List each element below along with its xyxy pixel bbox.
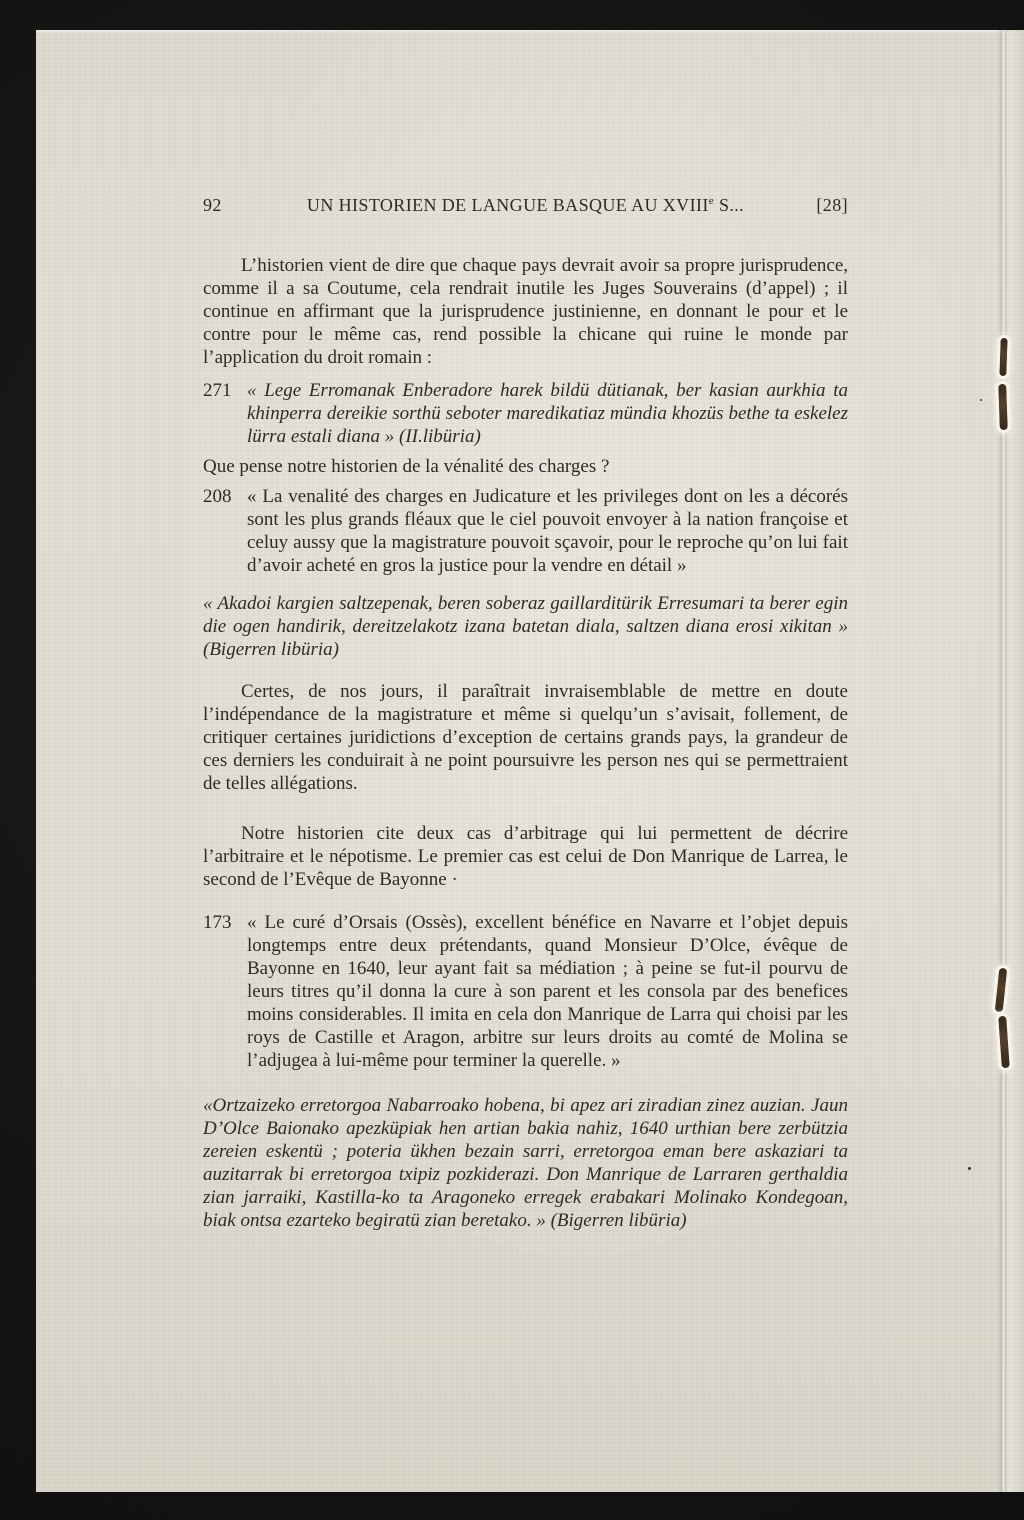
quote-208-text: « La venalité des charges en Judicature … — [247, 486, 848, 576]
quote-208: 208 « La venalité des charges en Judicat… — [203, 485, 848, 577]
quote-akadoi: « Akadoi kargien saltzepenak, beren sobe… — [203, 592, 848, 661]
binding-stitch — [999, 338, 1007, 376]
text-block: 92 UN HISTORIEN DE LANGUE BASQUE AU XVII… — [203, 194, 848, 1232]
running-title: UN HISTORIEN DE LANGUE BASQUE AU XVIIIe … — [203, 194, 848, 217]
paragraph-certes: Certes, de nos jours, il paraîtrait invr… — [203, 680, 848, 795]
quote-208-number: 208 — [203, 485, 232, 508]
page-header: 92 UN HISTORIEN DE LANGUE BASQUE AU XVII… — [203, 194, 848, 217]
quote-173-number: 173 — [203, 911, 232, 934]
paper-speck — [980, 399, 982, 401]
quote-ortzaizeko: «Ortzaizeko erretorgoa Nabarroako hobena… — [203, 1094, 848, 1232]
quote-173: 173 « Le curé d’Orsais (Ossès), excellen… — [203, 911, 848, 1072]
binding-stitch — [998, 384, 1008, 430]
gutter-fold — [998, 30, 1008, 1492]
paragraph-intro: L’historien vient de dire que chaque pay… — [203, 254, 848, 369]
page-edge-stack — [36, 30, 62, 1492]
facing-page-sliver — [1006, 30, 1024, 1492]
page-body: L’historien vient de dire que chaque pay… — [203, 254, 848, 1232]
quote-271-text: « Lege Erromanak Enberadore harek bildü … — [247, 380, 848, 447]
scanned-book-photo: { "colors":{"paper":"#e0dcd1","backgroun… — [0, 0, 1024, 1520]
quote-271: 271 « Lege Erromanak Enberadore harek bi… — [203, 379, 848, 448]
quote-173-text: « Le curé d’Orsais (Ossès), excellent bé… — [247, 912, 848, 1071]
question-line: Que pense notre historien de la vénalité… — [203, 455, 848, 478]
paragraph-notre-historien: Notre historien cite deux cas d’arbitrag… — [203, 822, 848, 891]
paper-speck — [968, 1167, 971, 1170]
quote-271-number: 271 — [203, 379, 232, 402]
